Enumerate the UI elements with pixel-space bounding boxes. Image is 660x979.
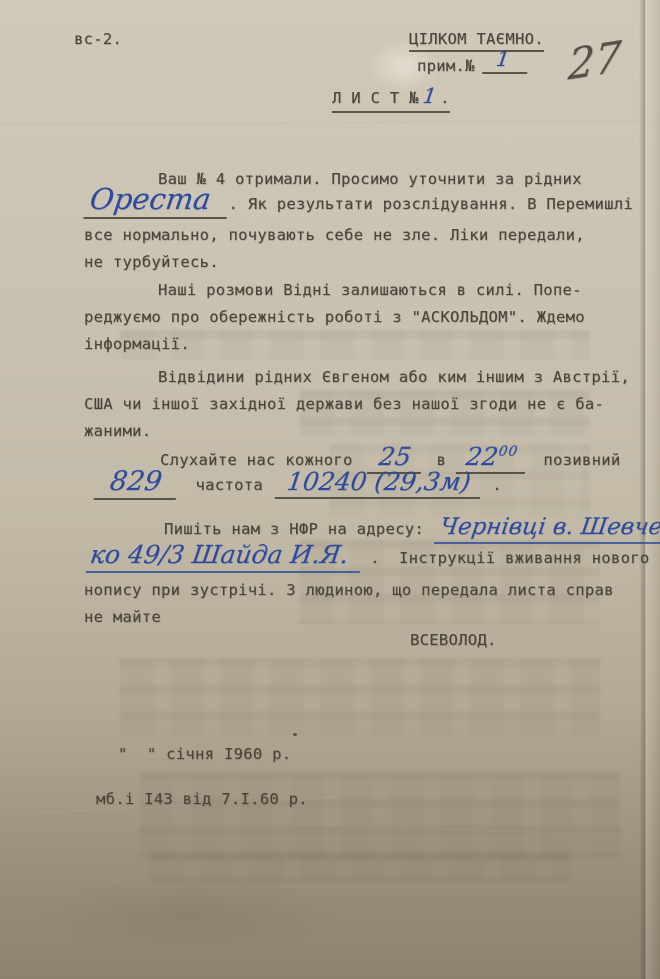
bleedthrough-text: [150, 852, 570, 882]
doc-code: вс-2.: [74, 30, 122, 48]
bleedthrough-text: [120, 658, 600, 736]
paper-crease: [0, 119, 660, 126]
bleedthrough-text: [140, 772, 620, 858]
document-page: вс-2. ЦІЛКОМ ТАЄМНО. прим.№ 1 27 Л И С Т…: [0, 0, 660, 979]
p1-line3: все нормально, почувають себе не зле. Лі…: [84, 226, 585, 244]
p1-line2-rest: . Як результати розслідування. В Перемиш…: [229, 195, 634, 213]
letter-title-period: .: [440, 89, 450, 107]
copy-number-handwritten: 1: [482, 47, 531, 74]
page-edge: [639, 0, 645, 979]
ink-speck: [293, 733, 297, 736]
p5-line2-rest: . Інструкції вживання нового тай-: [370, 549, 660, 567]
bleedthrough-text: [120, 330, 590, 358]
paper-stain: [40, 880, 340, 950]
radio-time-minutes: 00: [498, 444, 520, 460]
p2-line2: реджуємо про обережність роботі з "АСКОЛ…: [84, 308, 585, 326]
letter-title: Л И С Т №: [332, 89, 419, 107]
copy-label: прим.№: [417, 57, 475, 75]
p5-line3: нопису при зустрічі. З людиною, що перед…: [84, 581, 614, 599]
date-line: " " січня І960 р.: [118, 745, 291, 763]
p3-line3: жаними.: [84, 422, 151, 440]
radio-callsign-handwritten: 829: [94, 466, 180, 500]
p2-line1: Наші розмови Відні залишаються в силі. П…: [158, 281, 582, 299]
frequency-label: частота: [196, 476, 263, 494]
sheet-number-handwritten: 27: [567, 31, 622, 89]
letter-number-handwritten: 1: [421, 84, 438, 108]
radio-frequency-handwritten: 10240 (29,3м): [275, 467, 485, 499]
p1-line4: не турбуйтесь.: [84, 253, 219, 271]
reference-line: мб.і І43 від 7.І.60 р.: [96, 790, 308, 808]
address-handwritten-line2: ко 49/3 Шайда И.Я.: [86, 540, 365, 573]
p4-period: .: [492, 476, 502, 494]
signature: ВСЕВОЛОД.: [410, 631, 497, 649]
paper-crease: [0, 157, 660, 159]
p4-line2: 829частота10240 (29,3м).: [96, 466, 502, 500]
p5-lead: Пишіть нам з НФР на адресу:: [164, 520, 424, 538]
letter-title-line: Л И С Т №1.: [332, 84, 450, 113]
p4-tail: позивний: [543, 451, 620, 469]
p2-line3: інформації.: [84, 335, 190, 353]
handwritten-name: Ореста: [83, 182, 231, 219]
p3-line1: Відвідини рідних Євгеном або ким іншим з…: [158, 368, 630, 386]
p3-line2: США чи іншої західної держави без нашої …: [84, 395, 604, 413]
p5-line2: ко 49/3 Шайда И.Я.. Інструкції вживання …: [88, 540, 660, 573]
p5-line4: не майте: [84, 608, 161, 626]
page-edge: [646, 0, 660, 979]
p1-line2: Ореста. Як результати розслідування. В П…: [86, 182, 633, 219]
